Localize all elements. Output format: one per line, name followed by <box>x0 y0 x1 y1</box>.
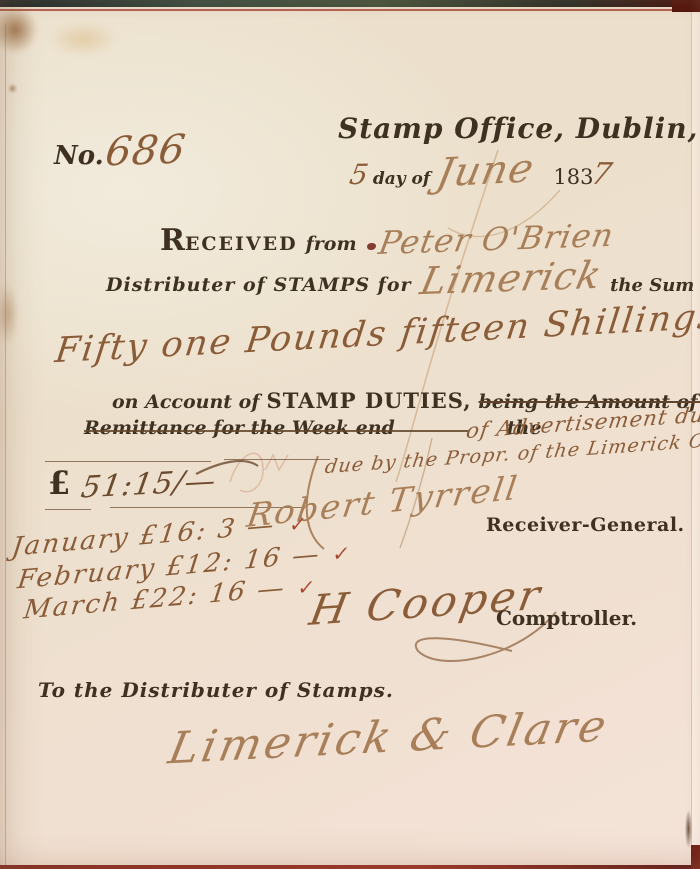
district-name: Limerick <box>416 253 605 303</box>
checkmark: ✓ <box>331 541 351 566</box>
date-day-of-label: day of <box>373 169 430 189</box>
paper-stain <box>48 22 118 56</box>
from-label: from <box>306 233 357 255</box>
date-year-written: 7 <box>588 157 616 192</box>
received-line: R ECEIVED from Peter O'Brien <box>160 220 613 258</box>
receiver-title: Receiver-General. <box>486 514 685 536</box>
ink-blot <box>367 243 376 250</box>
checkmark: ✓ <box>288 511 308 536</box>
region-note: Limerick & Clare <box>164 701 613 775</box>
pound-symbol: £ <box>48 464 70 502</box>
date-line: 5 day of June 183 7 <box>350 148 612 194</box>
amount-figures: 51:15/— <box>79 464 219 506</box>
paper-stain <box>0 282 18 346</box>
page-bottom-edge <box>0 865 700 869</box>
ledger-rule <box>45 461 211 462</box>
comptroller-title: Comptroller. <box>496 606 637 630</box>
right-edge-ink-mark <box>685 810 692 848</box>
strikethrough-rule <box>84 430 468 432</box>
document-number-label: No. <box>54 141 104 171</box>
document-number: No. 686 <box>54 128 185 174</box>
ledger-rule <box>224 459 330 460</box>
page-top-edge <box>0 0 700 7</box>
stamp-duties-label: STAMP DUTIES, <box>267 388 472 413</box>
on-account-label: on Account of <box>112 391 260 413</box>
addressee-line: To the Distributer of Stamps. <box>38 678 394 702</box>
office-title: Stamp Office, Dublin, <box>338 112 698 145</box>
received-word-initial: R <box>160 223 185 258</box>
date-year-printed: 183 <box>553 165 593 189</box>
sum-of-label: the Sum of <box>610 275 700 296</box>
document-number-value: 686 <box>102 127 188 176</box>
page-left-edge <box>5 24 6 869</box>
distributer-line: Distributer of STAMPS for Limerick the S… <box>106 256 700 300</box>
page-top-right-corner <box>672 0 700 12</box>
ledger-rule <box>45 509 91 510</box>
amount-figures-line: £ 51:15/— <box>48 464 216 502</box>
page-bottom-right-corner <box>691 845 700 869</box>
distributer-label: Distributer of STAMPS for <box>106 274 412 296</box>
received-word-rest: ECEIVED <box>185 233 298 255</box>
amount-in-words: Fifty one Pounds fifteen Shillings <box>53 297 700 371</box>
document-page: No. 686 Stamp Office, Dublin, 5 day of J… <box>0 0 700 869</box>
page-top-red-rule <box>0 9 700 11</box>
date-month: June <box>433 146 538 197</box>
paper-stain <box>8 84 17 93</box>
struck-phrase-remittance: Remittance for the Week end <box>84 417 395 439</box>
date-day: 5 <box>347 158 372 191</box>
